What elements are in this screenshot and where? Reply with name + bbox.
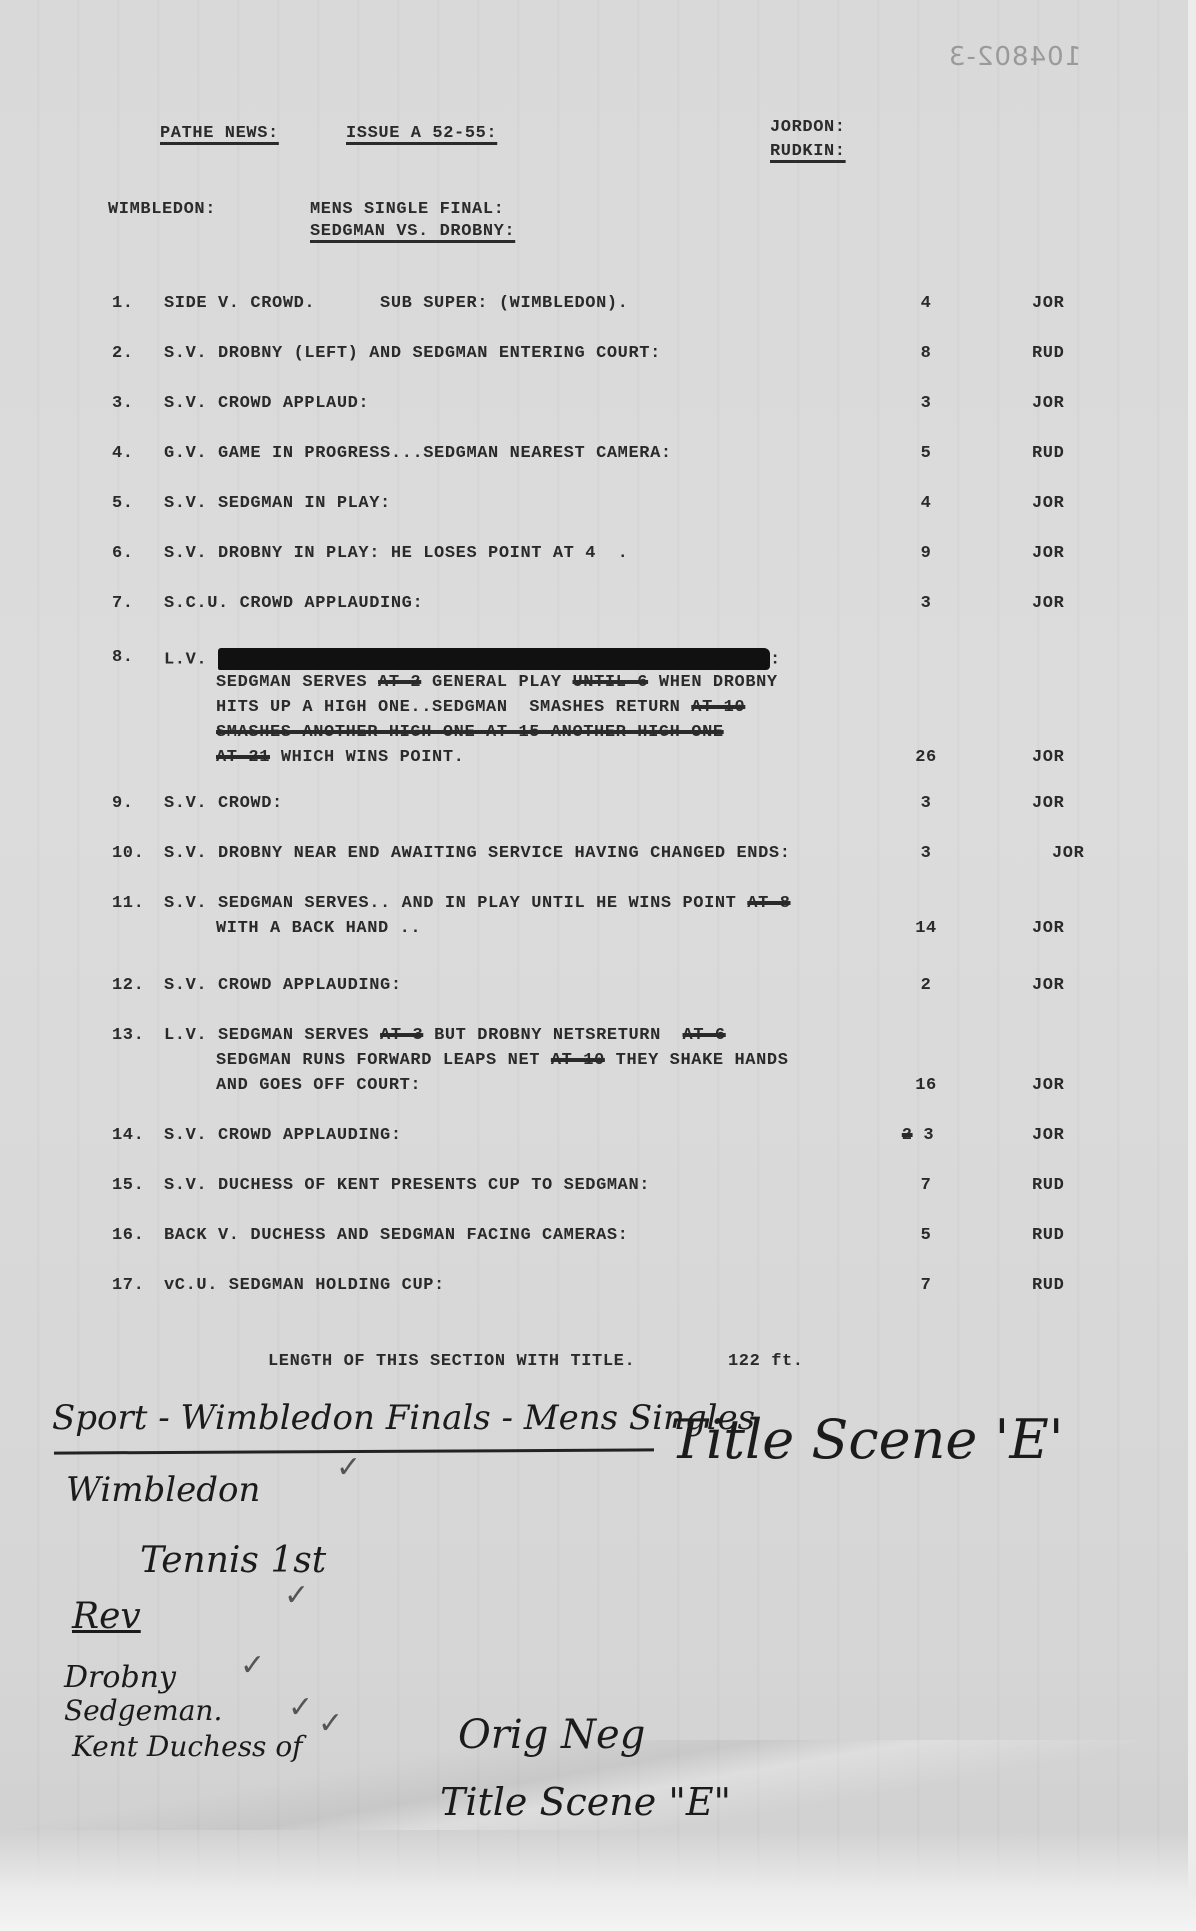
shot-number: 9. [112,794,134,813]
shot-description: S.V. SEDGMAN SERVES.. AND IN PLAY UNTIL … [164,894,791,913]
shot-camera: JOR [1032,748,1064,767]
shot-row: 12.S.V. CROWD APPLAUDING:2JOR [112,976,1102,1002]
shot-length-value: 4 [921,494,932,513]
shot-length-value: 3 [923,1126,934,1145]
shot-description: S.V. SEDGMAN IN PLAY: [164,494,391,513]
shot-description: S.V. CROWD APPLAUDING: [164,1126,402,1145]
section-length-label: LENGTH OF THIS SECTION WITH TITLE. [268,1352,635,1371]
shot-number: 3. [112,394,134,413]
shot-row: 4.G.V. GAME IN PROGRESS...SEDGMAN NEARES… [112,444,1102,470]
shot-length: 7 [906,1176,946,1195]
shot-length-value: 16 [915,1076,937,1095]
cameraman-rudkin: RUDKIN: [770,142,846,161]
shot-length-value: 5 [921,1226,932,1245]
shot-length-value: 7 [921,1176,932,1195]
shot-row: 15.S.V. DUCHESS OF KENT PRESENTS CUP TO … [112,1176,1102,1202]
shot-row: 5.S.V. SEDGMAN IN PLAY:4JOR [112,494,1102,520]
shot-length-value: 3 [921,394,932,413]
check-mark-icon: ✓ [336,1450,361,1485]
shot-length: 8 [906,344,946,363]
subject-event: MENS SINGLE FINAL: [310,200,504,219]
shot-description: HITS UP A HIGH ONE..SEDGMAN SMASHES RETU… [216,698,745,717]
shot-description: BACK V. DUCHESS AND SEDGMAN FACING CAMER… [164,1226,628,1245]
cameraman-jordon: JORDON: [770,118,846,137]
shot-camera: JOR [1032,1126,1064,1145]
shot-number: 10. [112,844,144,863]
handwritten-name-kent-duchess: Kent Duchess of [72,1730,303,1763]
handwritten-title-scene-2: Title Scene "E" [440,1780,731,1824]
header-issue: ISSUE A 52-55: [346,124,497,143]
header-title: PATHE NEWS: [160,124,279,143]
shot-number: 15. [112,1176,144,1195]
shot-length: 5 [906,1226,946,1245]
shot-prefix: L.V. [164,650,207,669]
shot-number: 13. [112,1026,144,1045]
shot-length-value: 7 [921,1276,932,1295]
shot-description: S.V. DROBNY IN PLAY: HE LOSES POINT AT 4… [164,544,628,563]
shot-description: SEDGMAN RUNS FORWARD LEAPS NET AT 10 THE… [216,1051,789,1070]
shot-row: 10.S.V. DROBNY NEAR END AWAITING SERVICE… [112,844,1102,870]
check-mark-icon: ✓ [288,1690,313,1725]
shot-length-value: 3 [921,844,932,863]
shot-row: 3.S.V. CROWD APPLAUD:3JOR [112,394,1102,420]
shot-description: S.C.U. CROWD APPLAUDING: [164,594,423,613]
shot-length: 16 [906,1076,946,1095]
shot-description: SIDE V. CROWD. SUB SUPER: (WIMBLEDON). [164,294,628,313]
shot-number: 16. [112,1226,144,1245]
shot-row: 11.S.V. SEDGMAN SERVES.. AND IN PLAY UNT… [112,894,1102,920]
shot-length-value: 2 [921,976,932,995]
shot-row: 13.L.V. SEDGMAN SERVES AT 3 BUT DROBNY N… [112,1026,1102,1052]
shot-number: 8. [112,648,134,667]
handwritten-rev: Rev [72,1596,141,1637]
shot-camera: RUD [1032,444,1064,463]
shot-description: S.V. DROBNY NEAR END AWAITING SERVICE HA… [164,844,791,863]
shot-camera: JOR [1032,394,1064,413]
shot-description: SEDGMAN SERVES AT 2 GENERAL PLAY UNTIL 6… [216,673,778,692]
shot-camera: RUD [1032,344,1064,363]
shot-description: L.V. : [164,648,781,670]
shot-length-value: 3 [921,594,932,613]
shot-description: G.V. GAME IN PROGRESS...SEDGMAN NEAREST … [164,444,672,463]
shot-camera: JOR [1032,794,1064,813]
shot-camera: JOR [1032,544,1064,563]
shot-camera: RUD [1032,1226,1064,1245]
shot-description: S.V. CROWD: [164,794,283,813]
shot-length: 3 [906,844,946,863]
shot-description: L.V. SEDGMAN SERVES AT 3 BUT DROBNY NETS… [164,1026,726,1045]
handwritten-tennis: Tennis 1st [140,1540,326,1581]
shot-row: 16.BACK V. DUCHESS AND SEDGMAN FACING CA… [112,1226,1102,1252]
shot-description: WITH A BACK HAND .. [216,919,421,938]
handwritten-title-scene: Title Scene 'E' [670,1408,1064,1471]
shot-row: 9.S.V. CROWD:3JOR [112,794,1102,820]
shot-number: 17. [112,1276,144,1295]
shot-number: 6. [112,544,134,563]
shot-camera: JOR [1032,1076,1064,1095]
check-mark-icon: ✓ [318,1706,343,1741]
handwritten-title-line: Sport - Wimbledon Finals - Mens Singles [52,1398,755,1438]
shot-description: S.V. DROBNY (LEFT) AND SEDGMAN ENTERING … [164,344,661,363]
shot-camera: JOR [1052,844,1084,863]
shot-camera: RUD [1032,1176,1064,1195]
shot-description: SMASHES ANOTHER HIGH ONE AT 15 ANOTHER H… [216,723,724,742]
handwritten-wimbledon: Wimbledon [66,1470,260,1510]
shot-length-value: 4 [921,294,932,313]
shot-camera: JOR [1032,594,1064,613]
shot-length-value: 8 [921,344,932,363]
shot-row: 8.L.V. :SEDGMAN SERVES AT 2 GENERAL PLAY… [112,648,1102,674]
shot-length: 3 [906,794,946,813]
shot-length: 4 [906,294,946,313]
shot-row: 7.S.C.U. CROWD APPLAUDING:3JOR [112,594,1102,620]
shot-length: 4 [906,494,946,513]
shot-length: 2 [906,976,946,995]
shot-row: 2.S.V. DROBNY (LEFT) AND SEDGMAN ENTERIN… [112,344,1102,370]
subject-players: SEDGMAN VS. DROBNY: [310,222,515,241]
shot-number: 2. [112,344,134,363]
shot-length: 26 [906,748,946,767]
page-edge [1188,0,1196,1931]
shot-length: 14 [906,919,946,938]
shot-length-value: 14 [915,919,937,938]
handwritten-orig-neg: Orig Neg [458,1712,645,1758]
shot-number: 7. [112,594,134,613]
shot-number: 11. [112,894,144,913]
shot-row: 14.S.V. CROWD APPLAUDING:2 3JOR [112,1126,1102,1152]
shot-number: 4. [112,444,134,463]
shot-length: 5 [906,444,946,463]
shot-length-value: 5 [921,444,932,463]
shot-description: AND GOES OFF COURT: [216,1076,421,1095]
check-mark-icon: ✓ [240,1648,265,1683]
shot-row: 17.vC.U. SEDGMAN HOLDING CUP:7RUD [112,1276,1102,1302]
shot-camera: JOR [1032,919,1064,938]
shot-length: 9 [906,544,946,563]
shot-length-value: 3 [921,794,932,813]
document-page [0,0,1188,1931]
bleed-through-reference: 104802-3 [948,42,1081,72]
shot-length: 7 [906,1276,946,1295]
shot-row: 6.S.V. DROBNY IN PLAY: HE LOSES POINT AT… [112,544,1102,570]
handwritten-name-sedgeman: Sedgeman. [64,1694,222,1727]
shot-description: AT 21 WHICH WINS POINT. [216,748,464,767]
shot-description: S.V. CROWD APPLAUD: [164,394,369,413]
torn-bottom-edge [0,1830,1196,1931]
section-length-value: 122 ft. [728,1352,804,1371]
shot-number: 14. [112,1126,144,1145]
redaction-bar [218,648,770,670]
shot-camera: JOR [1032,976,1064,995]
shot-description: S.V. CROWD APPLAUDING: [164,976,402,995]
shot-length: 3 [906,394,946,413]
shot-camera: JOR [1032,494,1064,513]
shot-description: S.V. DUCHESS OF KENT PRESENTS CUP TO SED… [164,1176,650,1195]
shot-camera: JOR [1032,294,1064,313]
shot-camera: RUD [1032,1276,1064,1295]
shot-number: 1. [112,294,134,313]
shot-number: 5. [112,494,134,513]
shot-length-value: 9 [921,544,932,563]
check-mark-icon: ✓ [284,1578,309,1613]
shot-length-value: 26 [915,748,937,767]
shot-description: vC.U. SEDGMAN HOLDING CUP: [164,1276,445,1295]
subject-location: WIMBLEDON: [108,200,216,219]
shot-number: 12. [112,976,144,995]
shot-row: 1.SIDE V. CROWD. SUB SUPER: (WIMBLEDON).… [112,294,1102,320]
shot-length: 3 [906,594,946,613]
handwritten-name-drobny: Drobny [64,1660,176,1695]
struck-length: 2 [902,1126,913,1145]
shot-length: 2 3 [898,1126,938,1145]
